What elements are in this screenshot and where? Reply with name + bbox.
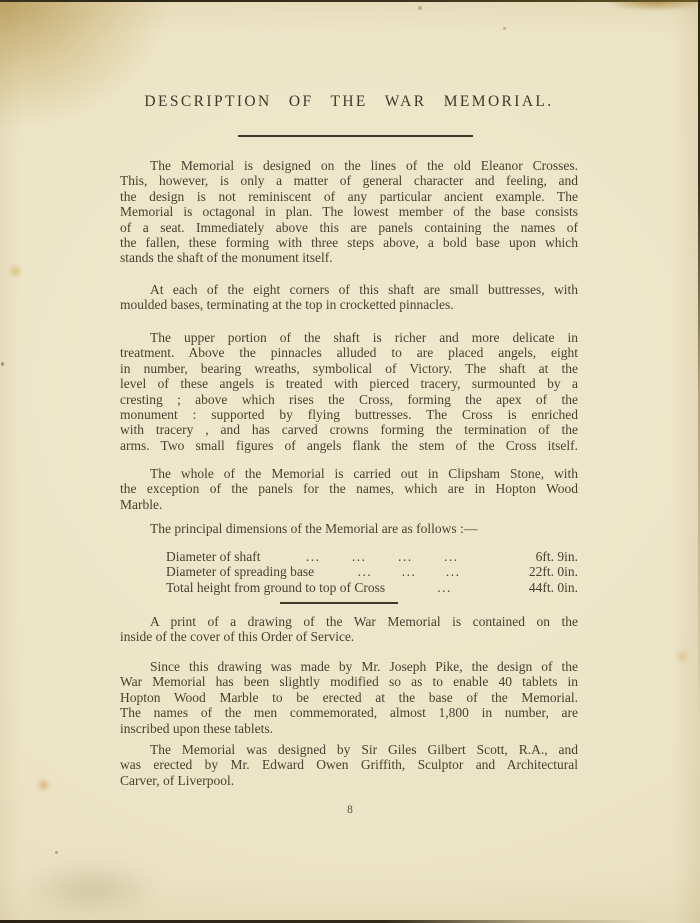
leader-dot-group: ...	[437, 580, 452, 595]
paper-speck	[503, 27, 506, 30]
text-line: Since this drawing was made by Mr. Josep…	[120, 659, 578, 674]
leader-dot-group: ...	[398, 549, 413, 564]
dimension-value: 44ft. 0in.	[500, 580, 578, 595]
text-line: treatment. Above the pinnacles alluded t…	[120, 345, 578, 360]
leader-dot-group: ...	[402, 564, 417, 579]
text-line: inside of the cover of this Order of Ser…	[120, 629, 578, 644]
dimension-label: Diameter of shaft	[166, 549, 260, 564]
leader-dot-group: ...	[446, 564, 461, 579]
text-line: The names of the men commemorated, almos…	[120, 705, 578, 720]
dimension-label: Total height from ground to top of Cross	[166, 580, 385, 595]
paragraph-print-note: A print of a drawing of the War Memorial…	[120, 614, 578, 645]
leader-dots: ............	[260, 549, 500, 564]
text-line: stands the shaft of the monument itself.	[120, 250, 578, 265]
text-line: monument : supported by flying buttresse…	[120, 407, 578, 422]
foxing-spot	[675, 649, 690, 664]
paper-speck	[55, 851, 58, 854]
paragraph-upper-shaft: The upper portion of the shaft is richer…	[120, 330, 578, 453]
text-line: Hopton Wood Marble to be erected at the …	[120, 690, 578, 705]
text-line: the exception of the panels for the name…	[120, 481, 578, 496]
text-line: the design is not reminiscent of any par…	[120, 189, 578, 204]
leader-dot-group: ...	[352, 549, 367, 564]
dimension-value: 22ft. 0in.	[500, 564, 578, 579]
dimensions-table: Diameter of shaft............6ft. 9in.Di…	[166, 549, 578, 595]
leader-dot-group: ...	[358, 564, 373, 579]
text-line: A print of a drawing of the War Memorial…	[120, 614, 578, 629]
paragraph-tablets: Since this drawing was made by Mr. Josep…	[120, 659, 578, 736]
foxing-spot	[36, 778, 51, 792]
text-line: Memorial is octagonal in plan. The lowes…	[120, 204, 578, 219]
text-line: cresting ; above which rises the Cross, …	[120, 392, 578, 407]
dimension-value: 6ft. 9in.	[500, 549, 578, 564]
text-line: inscribed upon these tablets.	[120, 721, 578, 736]
section-divider-rule	[280, 602, 398, 604]
text-line: War Memorial has been slightly modified …	[120, 674, 578, 689]
text-line: Carver, of Liverpool.	[120, 773, 578, 788]
text-line: The Memorial was designed by Sir Giles G…	[120, 742, 578, 757]
text-line: This, however, is only a matter of gener…	[120, 173, 578, 188]
smudge-bottom-left	[22, 860, 162, 918]
text-line: was erected by Mr. Edward Owen Griffith,…	[120, 757, 578, 772]
paper-speck	[1, 362, 4, 366]
leader-dot-group: ...	[306, 549, 321, 564]
text-line: moulded bases, terminating at the top in…	[120, 297, 578, 312]
dimension-row: Total height from ground to top of Cross…	[166, 580, 578, 595]
text-line: The principal dimensions of the Memorial…	[120, 521, 578, 536]
text-line: with tracery , and has carved crowns for…	[120, 422, 578, 437]
paragraph-materials: The whole of the Memorial is carried out…	[120, 466, 578, 512]
text-line: level of these angels is treated with pi…	[120, 376, 578, 391]
paragraph-designer: The Memorial was designed by Sir Giles G…	[120, 742, 578, 788]
leader-dots: ...	[385, 580, 500, 595]
text-line: The upper portion of the shaft is richer…	[120, 330, 578, 345]
text-line: At each of the eight corners of this sha…	[120, 282, 578, 297]
text-line: of a seat. Immediately above this are pa…	[120, 220, 578, 235]
dimension-row: Diameter of shaft............6ft. 9in.	[166, 549, 578, 564]
leader-dot-group: ...	[444, 549, 459, 564]
paragraph-buttresses: At each of the eight corners of this sha…	[120, 282, 578, 313]
dimension-row: Diameter of spreading base.........22ft.…	[166, 564, 578, 579]
dimension-label: Diameter of spreading base	[166, 564, 314, 579]
leader-dots: .........	[314, 564, 500, 579]
page-title: DESCRIPTION OF THE WAR MEMORIAL.	[120, 93, 578, 111]
scanned-page: DESCRIPTION OF THE WAR MEMORIAL. The Mem…	[0, 0, 700, 923]
text-line: Marble.	[120, 497, 578, 512]
text-line: the fallen, these forming with three ste…	[120, 235, 578, 250]
text-line: arms. Two small figures of angels flank …	[120, 438, 578, 453]
page-number: 8	[0, 804, 700, 816]
text-line: The Memorial is designed on the lines of…	[120, 158, 578, 173]
title-divider-rule	[238, 135, 473, 137]
text-line: The whole of the Memorial is carried out…	[120, 466, 578, 481]
paragraph-dimensions-intro: The principal dimensions of the Memorial…	[120, 521, 578, 536]
paper-speck	[418, 6, 422, 10]
paragraph-memorial-design: The Memorial is designed on the lines of…	[120, 158, 578, 266]
foxing-spot	[7, 264, 24, 278]
text-line: in number, bearing wreaths, symbolical o…	[120, 361, 578, 376]
scan-edge-top	[0, 0, 700, 2]
